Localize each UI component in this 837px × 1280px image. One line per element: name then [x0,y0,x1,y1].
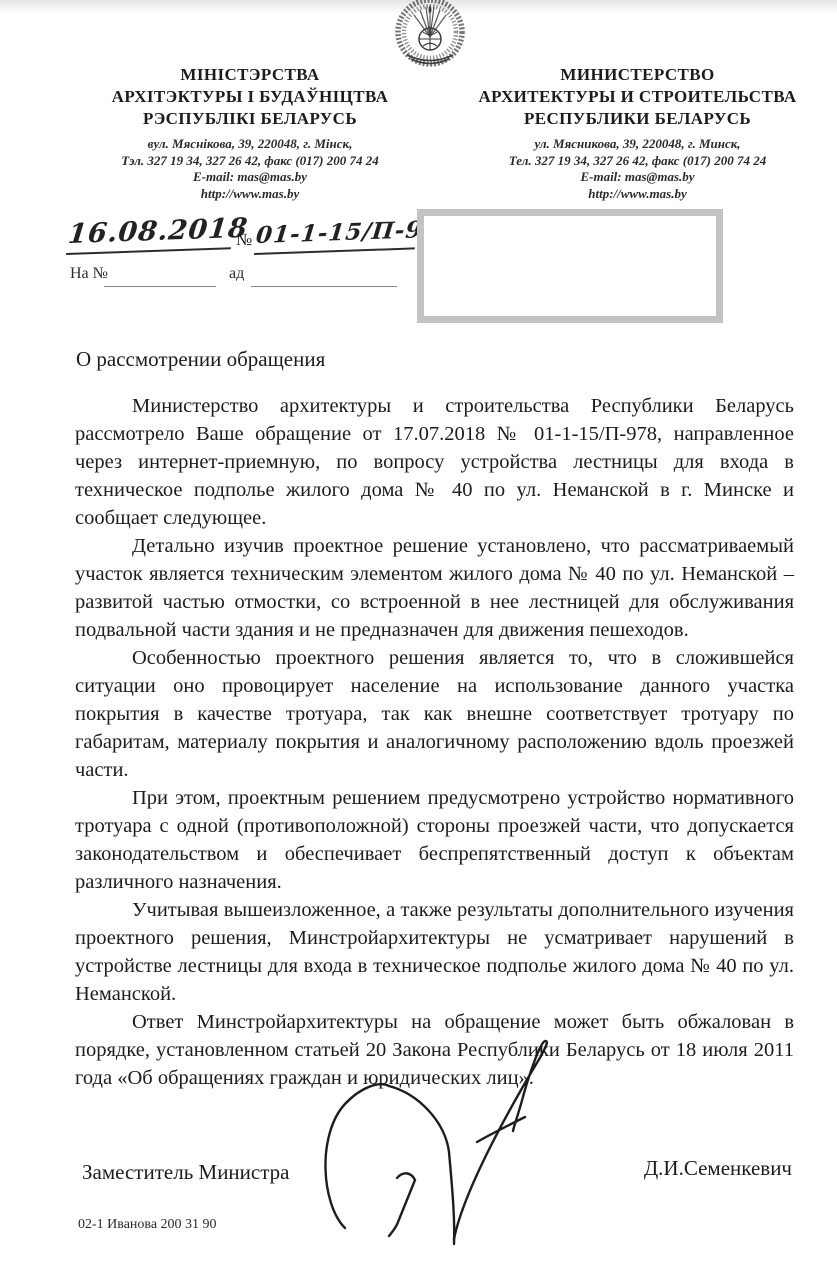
number-sign-label: № [236,230,252,250]
org-name-russian: МИНИСТЕРСТВО АРХИТЕКТУРЫ И СТРОИТЕЛЬСТВА… [450,64,825,130]
body-paragraph: Детально изучив проектное решение устано… [75,532,794,644]
belarus-state-emblem-icon [394,0,466,71]
letterhead-right-column: МИНИСТЕРСТВО АРХИТЕКТУРЫ И СТРОИТЕЛЬСТВА… [450,64,825,202]
scanned-letter-page: МІНІСТЭРСТВА АРХІТЭКТУРЫ І БУДАЎНІЦТВА Р… [0,0,837,1280]
incoming-number-label: На № [70,265,108,283]
org-name-belarusian: МІНІСТЭРСТВА АРХІТЭКТУРЫ І БУДАЎНІЦТВА Р… [70,64,430,130]
letterhead-left-column: МІНІСТЭРСТВА АРХІТЭКТУРЫ І БУДАЎНІЦТВА Р… [70,64,430,202]
body-paragraph: При этом, проектным решением предусмотре… [75,784,794,896]
body-paragraph: Министерство архитектуры и строительства… [75,392,794,532]
signer-name: Д.И.Семенкевич [560,1156,792,1181]
letter-body: Министерство архитектуры и строительства… [75,392,794,1092]
signer-position: Заместитель Министра [82,1160,289,1185]
org-address-russian: ул. Мясникова, 39, 220048, г. Минск, Тел… [450,136,825,202]
subject-line: О рассмотрении обращения [76,347,325,372]
body-paragraph: Учитывая вышеизложенное, а также результ… [75,896,794,1008]
incoming-from-label: ад [229,265,244,283]
addressee-redaction-box [417,209,723,323]
executor-contact-line: 02-1 Иванова 200 31 90 [78,1217,217,1233]
incoming-from-blank-line [251,268,397,287]
incoming-number-blank-line [104,268,216,287]
outgoing-date-handwritten: 16.08.2018 [66,210,235,255]
org-address-belarusian: вул. Мяснікова, 39, 220048, г. Мінск, Тэ… [70,136,430,202]
body-paragraph: Ответ Минстройархитектуры на обращение м… [75,1008,794,1092]
body-paragraph: Особенностью проектного решения является… [75,644,794,784]
outgoing-number-handwritten: 01-1-15/П-978 [254,213,418,255]
